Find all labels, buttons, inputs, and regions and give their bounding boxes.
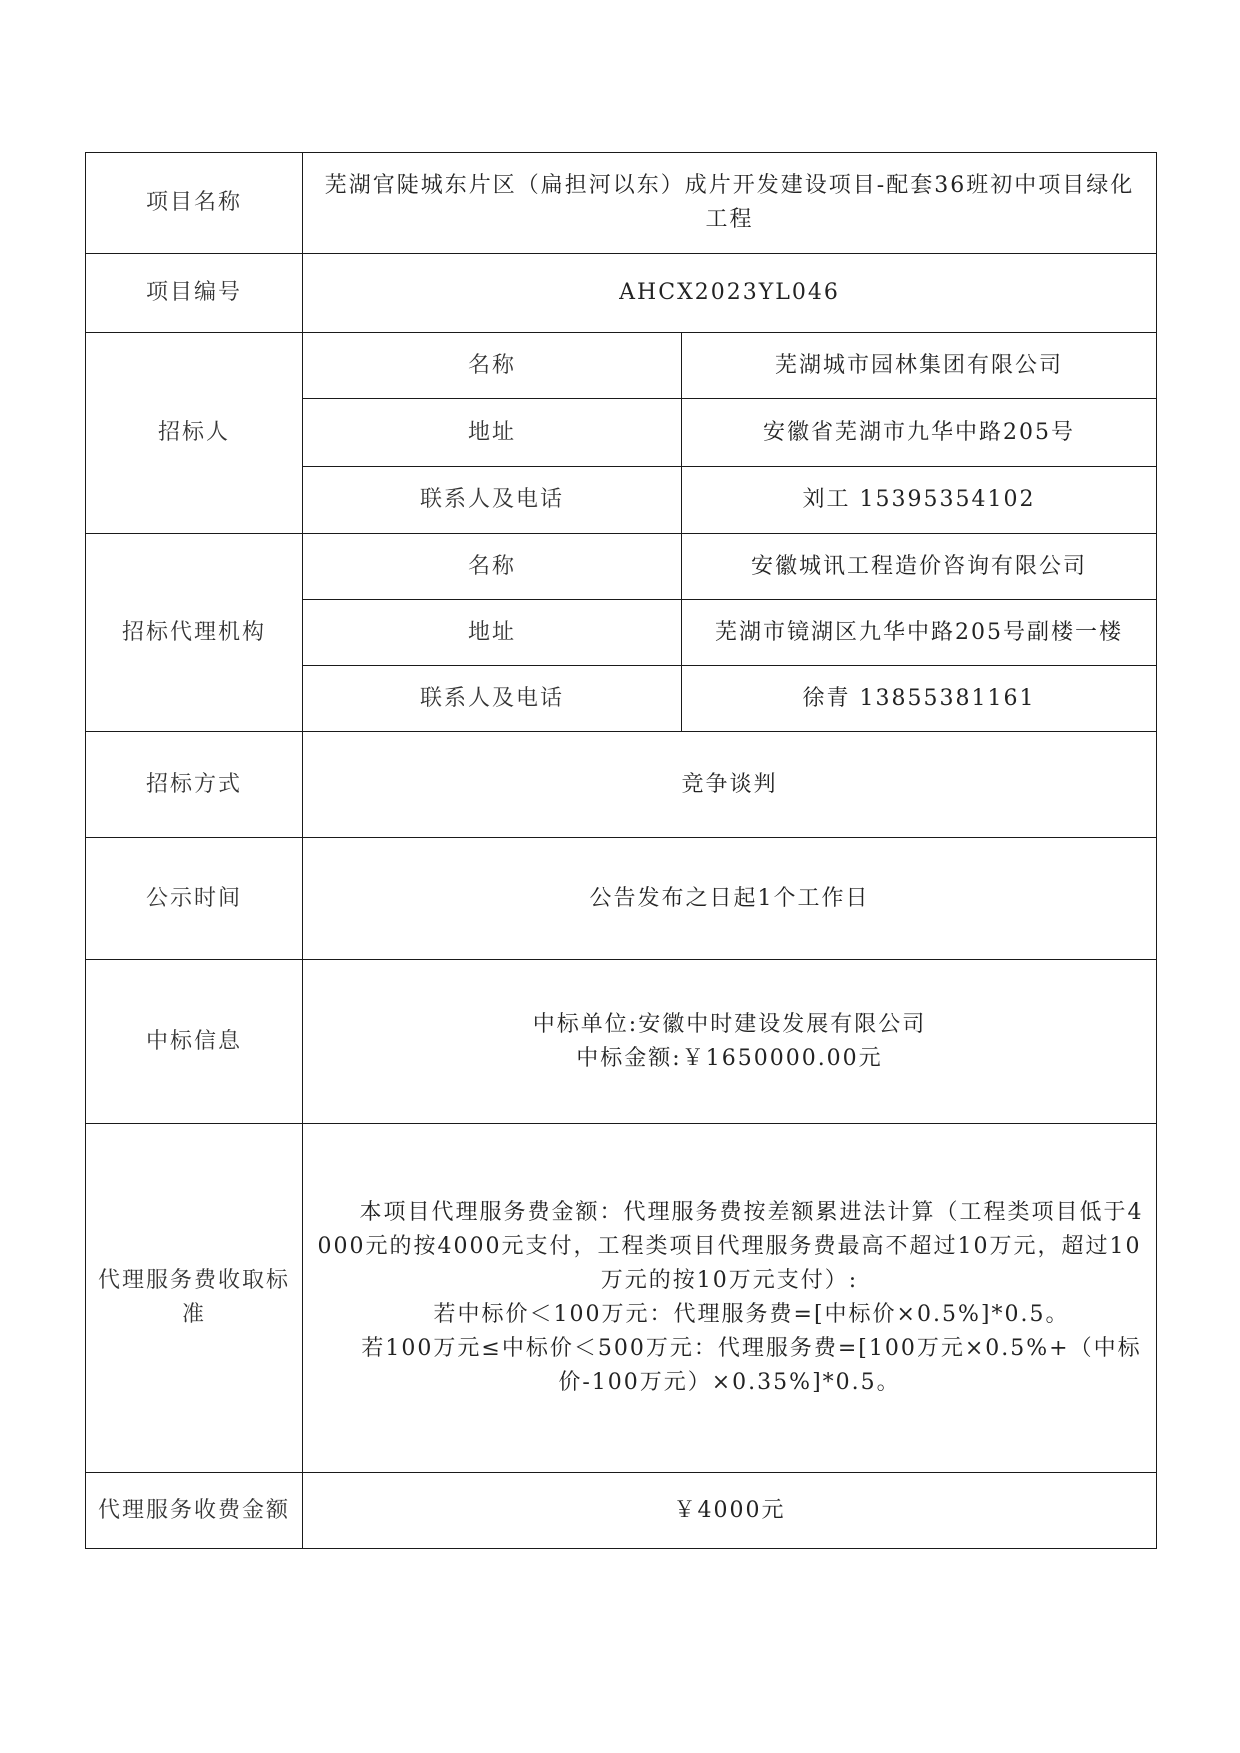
fee-amount-value: ￥4000元 xyxy=(303,1473,1157,1549)
tenderer-label: 招标人 xyxy=(86,333,303,534)
row-award: 中标信息 中标单位:安徽中时建设发展有限公司 中标金额:￥1650000.00元 xyxy=(86,960,1157,1124)
publicity-label: 公示时间 xyxy=(86,838,303,960)
row-project-name: 项目名称 芜湖官陡城东片区（扁担河以东）成片开发建设项目-配套36班初中项目绿化… xyxy=(86,153,1157,254)
agency-contact-label: 联系人及电话 xyxy=(303,666,682,732)
fee-amount-label: 代理服务收费金额 xyxy=(86,1473,303,1549)
tenderer-name-value: 芜湖城市园林集团有限公司 xyxy=(682,333,1157,399)
row-method: 招标方式 竞争谈判 xyxy=(86,732,1157,838)
tenderer-contact-value: 刘工 15395354102 xyxy=(682,467,1157,534)
row-tenderer-name: 招标人 名称 芜湖城市园林集团有限公司 xyxy=(86,333,1157,399)
fee-standard-label: 代理服务费收取标准 xyxy=(86,1124,303,1473)
project-number-label: 项目编号 xyxy=(86,254,303,333)
project-name-value: 芜湖官陡城东片区（扁担河以东）成片开发建设项目-配套36班初中项目绿化工程 xyxy=(303,153,1157,254)
fee-standard-paragraph: 若中标价＜100万元：代理服务费=[中标价×0.5%]*0.5。 xyxy=(313,1298,1146,1332)
award-label: 中标信息 xyxy=(86,960,303,1124)
row-publicity: 公示时间 公告发布之日起1个工作日 xyxy=(86,838,1157,960)
agency-address-label: 地址 xyxy=(303,600,682,666)
project-number-value: AHCX2023YL046 xyxy=(303,254,1157,333)
agency-name-label: 名称 xyxy=(303,534,682,600)
tenderer-address-value: 安徽省芜湖市九华中路205号 xyxy=(682,399,1157,467)
publicity-value: 公告发布之日起1个工作日 xyxy=(303,838,1157,960)
fee-standard-text: 本项目代理服务费金额：代理服务费按差额累进法计算（工程类项目低于4000元的按4… xyxy=(303,1124,1157,1473)
award-winner: 中标单位:安徽中时建设发展有限公司 xyxy=(313,1008,1146,1042)
row-project-number: 项目编号 AHCX2023YL046 xyxy=(86,254,1157,333)
row-fee-standard: 代理服务费收取标准 本项目代理服务费金额：代理服务费按差额累进法计算（工程类项目… xyxy=(86,1124,1157,1473)
row-agency-name: 招标代理机构 名称 安徽城讯工程造价咨询有限公司 xyxy=(86,534,1157,600)
agency-name-value: 安徽城讯工程造价咨询有限公司 xyxy=(682,534,1157,600)
document-page: 项目名称 芜湖官陡城东片区（扁担河以东）成片开发建设项目-配套36班初中项目绿化… xyxy=(0,0,1240,1753)
method-label: 招标方式 xyxy=(86,732,303,838)
fee-standard-paragraph: 若100万元≤中标价＜500万元：代理服务费=[100万元×0.5%+（中标价-… xyxy=(313,1332,1146,1400)
award-value: 中标单位:安徽中时建设发展有限公司 中标金额:￥1650000.00元 xyxy=(303,960,1157,1124)
agency-label: 招标代理机构 xyxy=(86,534,303,732)
award-info-table: 项目名称 芜湖官陡城东片区（扁担河以东）成片开发建设项目-配套36班初中项目绿化… xyxy=(85,152,1157,1549)
row-fee-amount: 代理服务收费金额 ￥4000元 xyxy=(86,1473,1157,1549)
award-amount: 中标金额:￥1650000.00元 xyxy=(313,1042,1146,1076)
tenderer-contact-label: 联系人及电话 xyxy=(303,467,682,534)
project-name-label: 项目名称 xyxy=(86,153,303,254)
method-value: 竞争谈判 xyxy=(303,732,1157,838)
tenderer-address-label: 地址 xyxy=(303,399,682,467)
agency-address-value: 芜湖市镜湖区九华中路205号副楼一楼 xyxy=(682,600,1157,666)
agency-contact-value: 徐青 13855381161 xyxy=(682,666,1157,732)
fee-standard-paragraph: 本项目代理服务费金额：代理服务费按差额累进法计算（工程类项目低于4000元的按4… xyxy=(313,1196,1146,1298)
tenderer-name-label: 名称 xyxy=(303,333,682,399)
